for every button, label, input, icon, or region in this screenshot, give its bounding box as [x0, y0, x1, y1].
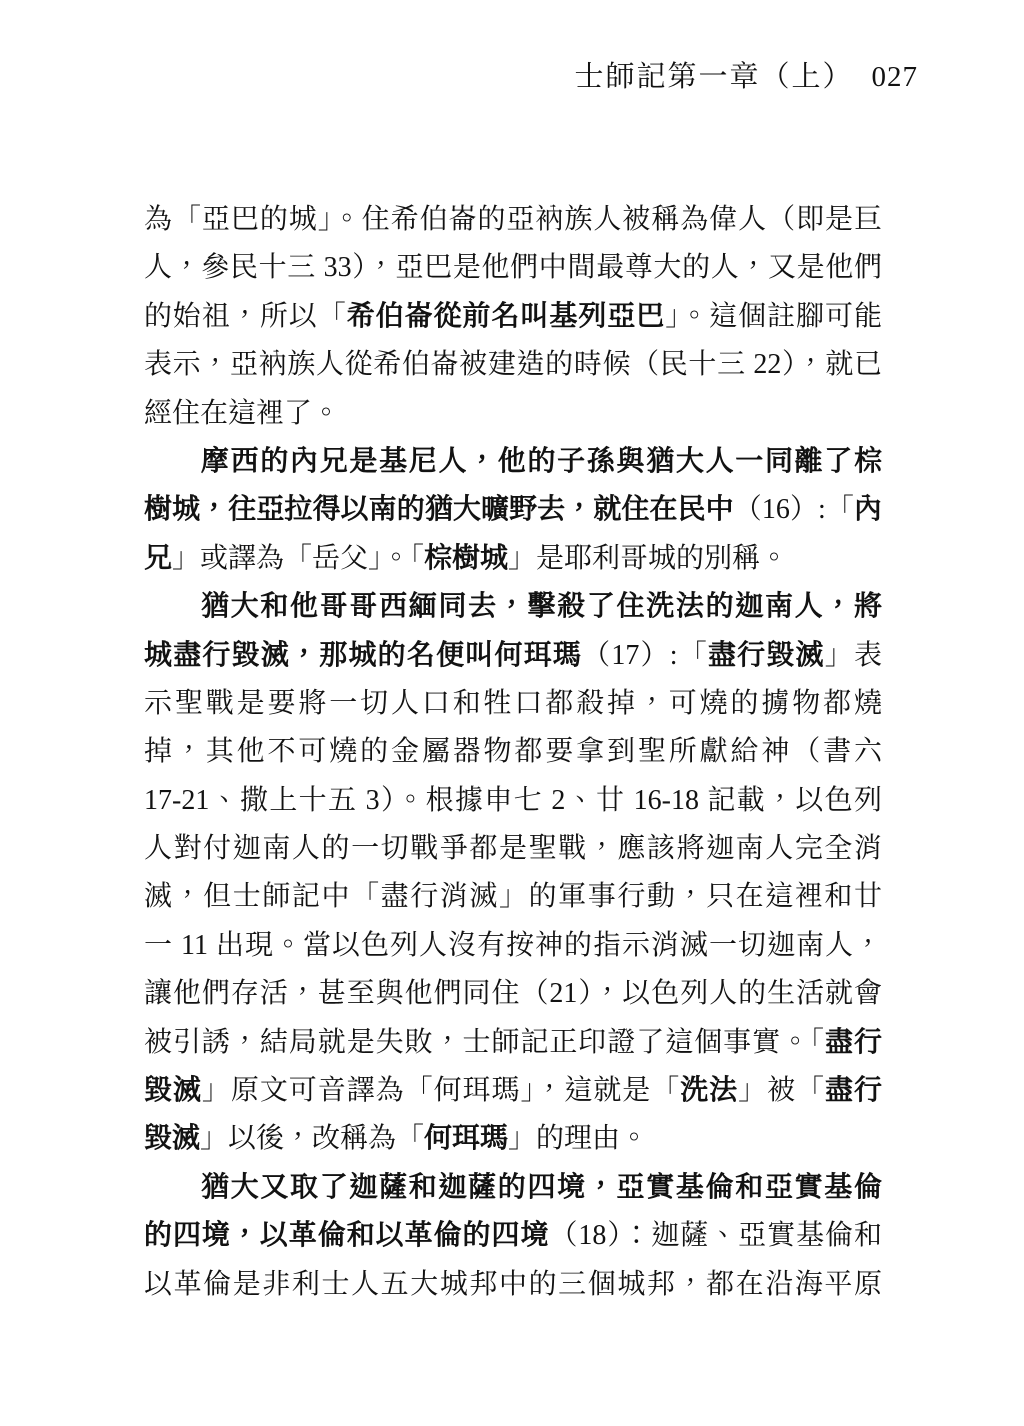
text-segment: 」以後，改稱為「 — [200, 1123, 424, 1154]
text-line: 經住在這裡了。 — [144, 390, 882, 438]
text-segment: 人對付迦南人的一切戰爭都是聖戰，應該將迦南人完全消 — [144, 833, 882, 864]
text-segment: 希伯崙從前名叫基列亞巴 — [347, 301, 666, 332]
text-segment: 摩西的內兄是基尼人，他的子孫與猶大人一同離了棕 — [201, 446, 882, 477]
text-line: 兄」或譯為「岳父」。「棕樹城」是耶利哥城的別稱。 — [144, 535, 882, 583]
text-line: 毀滅」以後，改稱為「何珥瑪」的理由。 — [144, 1115, 882, 1163]
text-segment: 17-21、撒上十五 3）。根據申七 2、廿 16-18 記載，以色列 — [144, 785, 882, 816]
text-segment: 猶大和他哥哥西緬同去，擊殺了住洗法的迦南人，將 — [201, 591, 882, 622]
page-number: 027 — [872, 61, 919, 93]
text-segment: （17）:「 — [582, 640, 708, 671]
text-segment: 」的理由。 — [508, 1123, 648, 1154]
text-line: 以革倫是非利士人五大城邦中的三個城邦，都在沿海平原 — [144, 1261, 882, 1309]
text-segment: 經住在這裡了。 — [144, 398, 340, 429]
text-line: 一 11 出現。當以色列人沒有按神的指示消滅一切迦南人， — [144, 922, 882, 970]
text-segment: 一 11 出現。當以色列人沒有按神的指示消滅一切迦南人， — [144, 930, 882, 961]
text-line: 猶大又取了迦薩和迦薩的四境，亞實基倫和亞實基倫 — [144, 1164, 882, 1212]
text-segment: 表示，亞衲族人從希伯崙被建造的時候（民十三 22），就已 — [144, 349, 882, 380]
text-segment: 棕樹城 — [424, 543, 508, 574]
text-segment: 人，參民十三 33），亞巴是他們中間最尊大的人，又是他們 — [144, 252, 882, 283]
text-segment: 內 — [854, 494, 882, 525]
text-line: 毀滅」原文可音譯為「何珥瑪」，這就是「洗法」被「盡行 — [144, 1067, 882, 1115]
text-line: 滅，但士師記中「盡行消滅」的軍事行動，只在這裡和廿 — [144, 873, 882, 921]
text-segment: 的四境，以革倫和以革倫的四境 — [144, 1220, 549, 1251]
text-line: 摩西的內兄是基尼人，他的子孫與猶大人一同離了棕 — [144, 438, 882, 486]
text-segment: 城盡行毀滅，那城的名便叫何珥瑪 — [144, 640, 582, 671]
text-line: 人對付迦南人的一切戰爭都是聖戰，應該將迦南人完全消 — [144, 825, 882, 873]
text-segment: 盡行 — [825, 1075, 882, 1106]
chapter-title: 士師記第一章（上） — [574, 61, 853, 93]
text-segment: 以革倫是非利士人五大城邦中的三個城邦，都在沿海平原 — [144, 1269, 882, 1300]
text-line: 示聖戰是要將一切人口和牲口都殺掉，可燒的擄物都燒 — [144, 680, 882, 728]
text-line: 讓他們存活，甚至與他們同住（21），以色列人的生活就會 — [144, 970, 882, 1018]
text-segment: （18）：迦薩、亞實基倫和 — [549, 1220, 882, 1251]
text-segment: 何珥瑪 — [424, 1123, 508, 1154]
text-line: 掉，其他不可燒的金屬器物都要拿到聖所獻給神（書六 — [144, 728, 882, 776]
text-segment: 盡行毀滅 — [708, 640, 825, 671]
text-segment: 兄 — [144, 543, 172, 574]
text-line: 樹城，往亞拉得以南的猶大曠野去，就住在民中（16）:「內 — [144, 486, 882, 534]
text-segment: 」被「 — [738, 1075, 825, 1106]
text-segment: 毀滅 — [144, 1123, 200, 1154]
text-line: 城盡行毀滅，那城的名便叫何珥瑪（17）:「盡行毀滅」表 — [144, 632, 882, 680]
text-line: 人，參民十三 33），亞巴是他們中間最尊大的人，又是他們 — [144, 244, 882, 292]
text-segment: 被引誘，結局就是失敗，士師記正印證了這個事實。「 — [144, 1027, 825, 1058]
text-line: 的四境，以革倫和以革倫的四境（18）：迦薩、亞實基倫和 — [144, 1212, 882, 1260]
text-line: 的始祖，所以「希伯崙從前名叫基列亞巴」。這個註腳可能 — [144, 293, 882, 341]
text-line: 被引誘，結局就是失敗，士師記正印證了這個事實。「盡行 — [144, 1019, 882, 1067]
text-segment: 為「亞巴的城」。住希伯崙的亞衲族人被稱為偉人（即是巨 — [144, 204, 882, 235]
text-segment: 」表 — [825, 640, 882, 671]
text-segment: 示聖戰是要將一切人口和牲口都殺掉，可燒的擄物都燒 — [144, 688, 882, 719]
text-segment: 」原文可音譯為「何珥瑪」，這就是「 — [202, 1075, 680, 1106]
text-segment: 」或譯為「岳父」。「 — [172, 543, 424, 574]
text-segment: 洗法 — [680, 1075, 738, 1106]
text-line: 表示，亞衲族人從希伯崙被建造的時候（民十三 22），就已 — [144, 341, 882, 389]
book-page: 士師記第一章（上）027 為「亞巴的城」。住希伯崙的亞衲族人被稱為偉人（即是巨人… — [0, 0, 1024, 1426]
body-text: 為「亞巴的城」。住希伯崙的亞衲族人被稱為偉人（即是巨人，參民十三 33），亞巴是… — [144, 196, 882, 1309]
text-segment: 猶大又取了迦薩和迦薩的四境，亞實基倫和亞實基倫 — [201, 1172, 882, 1203]
text-segment: 掉，其他不可燒的金屬器物都要拿到聖所獻給神（書六 — [144, 736, 882, 767]
text-segment: 讓他們存活，甚至與他們同住（21），以色列人的生活就會 — [144, 978, 882, 1009]
text-segment: 」是耶利哥城的別稱。 — [508, 543, 788, 574]
running-header: 士師記第一章（上）027 — [574, 54, 918, 95]
text-line: 猶大和他哥哥西緬同去，擊殺了住洗法的迦南人，將 — [144, 583, 882, 631]
text-segment: （16）:「 — [734, 494, 854, 525]
text-segment: 滅，但士師記中「盡行消滅」的軍事行動，只在這裡和廿 — [144, 881, 882, 912]
text-segment: 的始祖，所以「 — [144, 301, 347, 332]
text-line: 17-21、撒上十五 3）。根據申七 2、廿 16-18 記載，以色列 — [144, 777, 882, 825]
text-segment: 毀滅 — [144, 1075, 202, 1106]
text-segment: 盡行 — [825, 1027, 882, 1058]
text-segment: 」。這個註腳可能 — [665, 301, 882, 332]
text-line: 為「亞巴的城」。住希伯崙的亞衲族人被稱為偉人（即是巨 — [144, 196, 882, 244]
text-segment: 樹城，往亞拉得以南的猶大曠野去，就住在民中 — [144, 494, 734, 525]
